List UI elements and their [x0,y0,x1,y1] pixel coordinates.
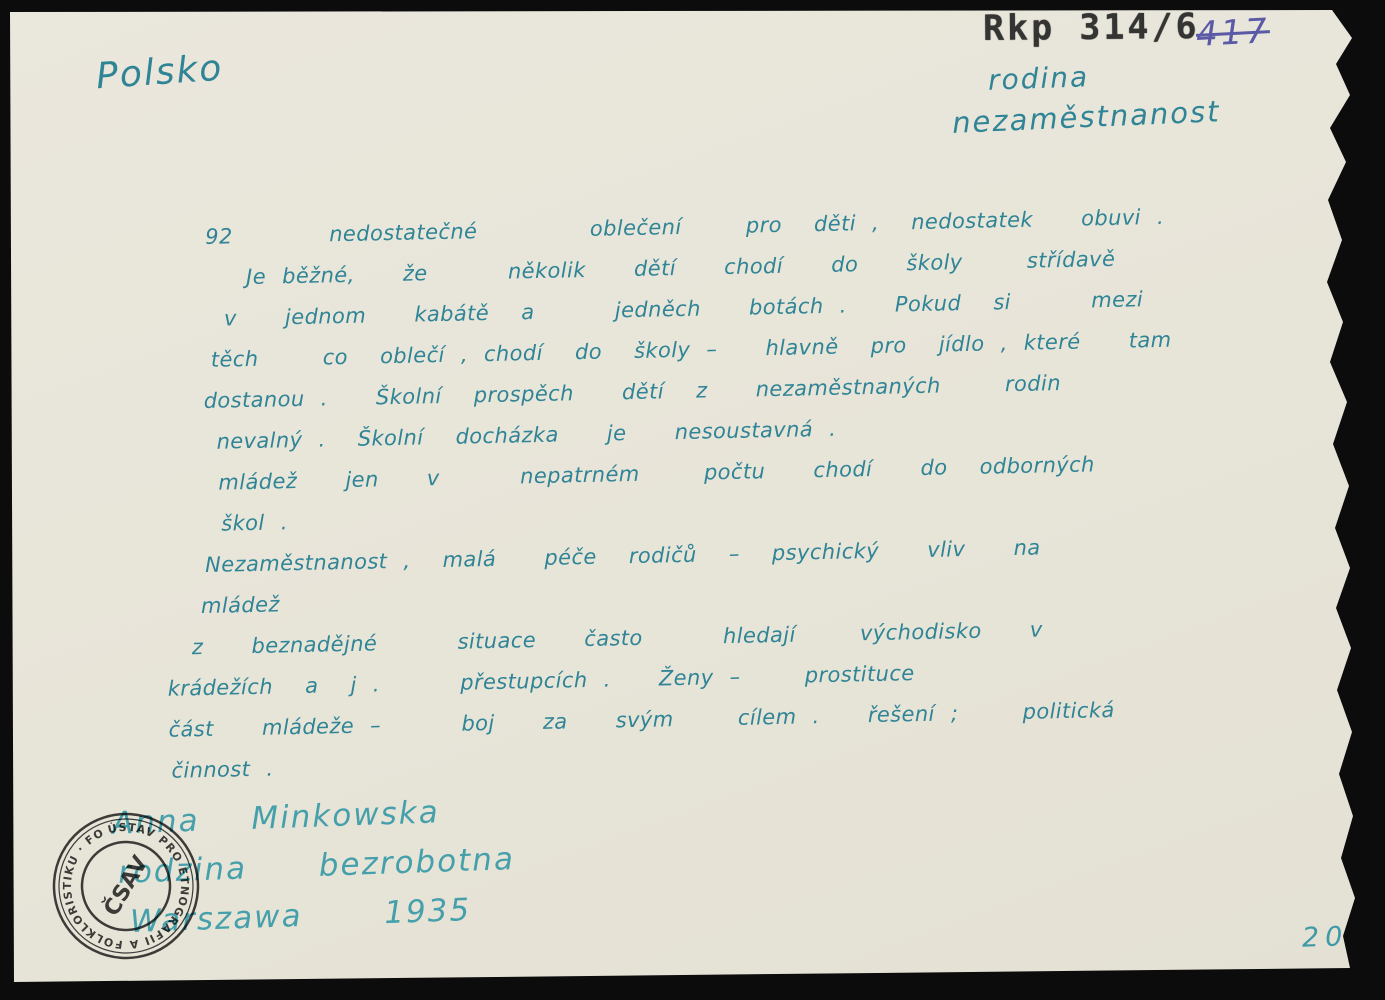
country-annotation: Polsko [95,48,225,98]
round-stamp-center-text: ČSAV [98,851,153,920]
scan-background: Polsko Rkp 314/6 417 rodina nezaměstnano… [0,0,1385,1000]
keyword-nezamestnanost: nezaměstnanost [951,94,1221,140]
page-number: 20 [1301,921,1348,954]
manuscript-number-stamp: Rkp 314/6 [983,7,1200,49]
crossed-out-number: 417 [1195,11,1271,55]
document-page: Polsko Rkp 314/6 417 rodina nezaměstnano… [0,0,1385,1000]
keyword-rodina: rodina [987,60,1089,97]
handwritten-text-block: 92 nedostatečné oblečení pro děti , nedo… [0,203,1272,803]
